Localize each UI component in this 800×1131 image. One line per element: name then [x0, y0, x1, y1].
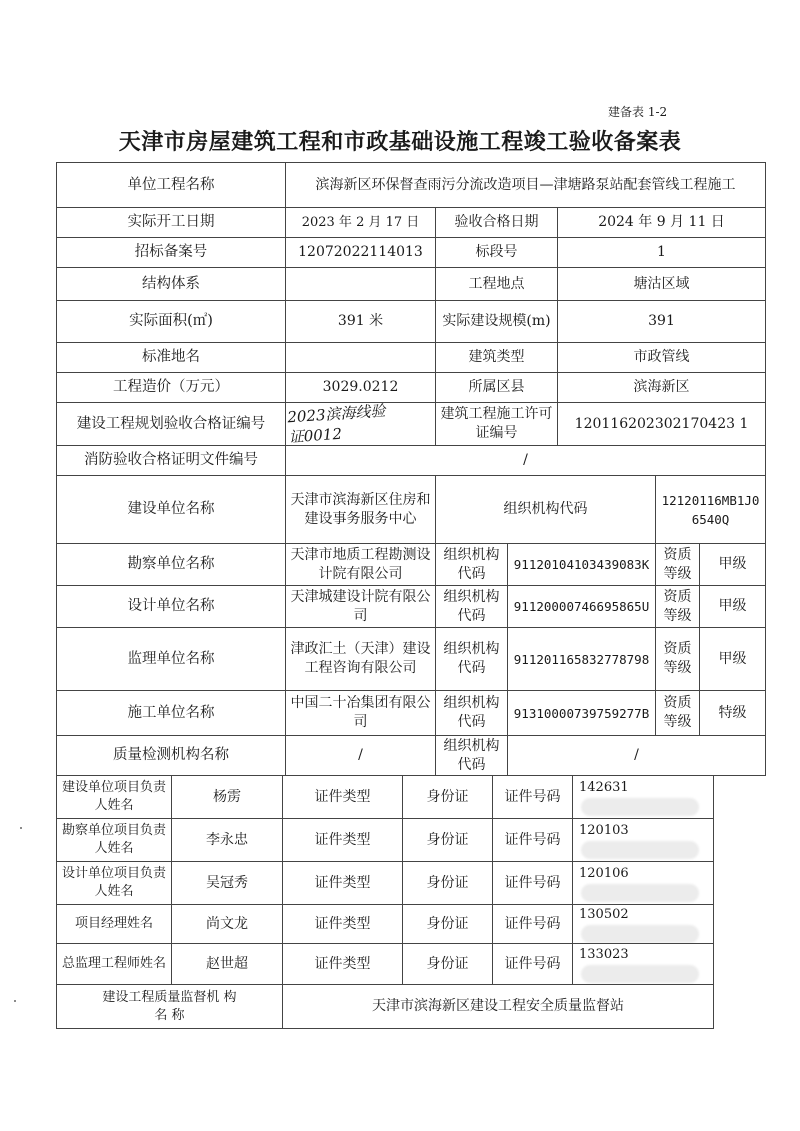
person-row: 项目经理姓名 尚文龙 证件类型 身份证 证件号码 130502: [57, 905, 714, 944]
builder-org-code: 12120116MB1J06540Q: [656, 476, 766, 544]
personnel-table: 建设单位项目负责人姓名 杨雳 证件类型 身份证 证件号码 142631 勘察单位…: [56, 775, 714, 1029]
building-type-label: 建筑类型: [436, 343, 558, 373]
id-type: 身份证: [403, 776, 493, 819]
contractor-org-code: 91310000739759277B: [508, 691, 656, 736]
survey-grade: 甲级: [700, 544, 766, 586]
contractor-org-code-label: 组织机构代码: [436, 691, 508, 736]
id-prefix: 120106: [579, 866, 629, 881]
person-name: 赵世超: [172, 944, 283, 985]
supervision-label: 监理单位名称: [57, 628, 286, 691]
design-name: 天津城建设计院有限公司: [286, 586, 436, 628]
id-number: 120106: [573, 862, 714, 905]
redacted-mask: [581, 925, 699, 943]
person-row: 总监理工程师姓名 赵世超 证件类型 身份证 证件号码 133023: [57, 944, 714, 985]
tender-record-no-label: 招标备案号: [57, 238, 286, 268]
tender-record-no: 12072022114013: [286, 238, 436, 268]
construction-permit: 120116202302170423 1: [558, 403, 766, 446]
id-type-label: 证件类型: [283, 819, 403, 862]
std-place-name-label: 标准地名: [57, 343, 286, 373]
survey-qual-label: 资质等级: [656, 544, 700, 586]
testing-name: /: [286, 736, 436, 776]
id-number: 130502: [573, 905, 714, 944]
redacted-mask: [581, 965, 699, 983]
contractor-qual-label: 资质等级: [656, 691, 700, 736]
district: 滨海新区: [558, 373, 766, 403]
id-number: 133023: [573, 944, 714, 985]
location: 塘沽区域: [558, 268, 766, 301]
person-role: 建设单位项目负责人姓名: [57, 776, 172, 819]
id-type: 身份证: [403, 905, 493, 944]
id-prefix: 142631: [579, 780, 629, 795]
area: 391 米: [286, 301, 436, 343]
supervision-org-code: 911201165832778798: [508, 628, 656, 691]
unit-project-name-label: 单位工程名称: [57, 163, 286, 208]
acceptance-date-label: 验收合格日期: [436, 208, 558, 238]
person-role: 项目经理姓名: [57, 905, 172, 944]
district-label: 所属区县: [436, 373, 558, 403]
form-number: 建备表 1-2: [608, 103, 667, 120]
supervision-org-code-label: 组织机构代码: [436, 628, 508, 691]
person-role: 总监理工程师姓名: [57, 944, 172, 985]
id-no-label: 证件号码: [493, 944, 573, 985]
structure-label: 结构体系: [57, 268, 286, 301]
location-label: 工程地点: [436, 268, 558, 301]
start-date: 2023 年 2 月 17 日: [286, 208, 436, 238]
redacted-mask: [581, 798, 699, 816]
person-row: 勘察单位项目负责人姓名 李永忠 证件类型 身份证 证件号码 120103: [57, 819, 714, 862]
id-type-label: 证件类型: [283, 862, 403, 905]
id-prefix: 130502: [579, 907, 629, 922]
cost-label: 工程造价（万元）: [57, 373, 286, 403]
id-prefix: 133023: [579, 947, 629, 962]
scan-speck: [14, 1000, 16, 1002]
contractor-grade: 特级: [700, 691, 766, 736]
structure: [286, 268, 436, 301]
acceptance-date: 2024 年 9 月 11 日: [558, 208, 766, 238]
person-role: 设计单位项目负责人姓名: [57, 862, 172, 905]
design-qual-label: 资质等级: [656, 586, 700, 628]
id-no-label: 证件号码: [493, 776, 573, 819]
contractor-name: 中国二十冶集团有限公司: [286, 691, 436, 736]
redacted-mask: [581, 841, 699, 859]
scale: 391: [558, 301, 766, 343]
contractor-label: 施工单位名称: [57, 691, 286, 736]
id-no-label: 证件号码: [493, 905, 573, 944]
fire-cert-label: 消防验收合格证明文件编号: [57, 446, 286, 476]
person-role: 勘察单位项目负责人姓名: [57, 819, 172, 862]
id-number: 120103: [573, 819, 714, 862]
planning-cert-handwritten: 2023滨海线验证0012: [286, 403, 436, 446]
person-name: 杨雳: [172, 776, 283, 819]
page-title: 天津市房屋建筑工程和市政基础设施工程竣工验收备案表: [0, 125, 800, 156]
design-label: 设计单位名称: [57, 586, 286, 628]
cost: 3029.0212: [286, 373, 436, 403]
id-type-label: 证件类型: [283, 944, 403, 985]
id-type: 身份证: [403, 944, 493, 985]
fire-cert: /: [286, 446, 766, 476]
start-date-label: 实际开工日期: [57, 208, 286, 238]
planning-cert-line2: 证0012: [288, 424, 342, 445]
supervision-station: 天津市滨海新区建设工程安全质量监督站: [283, 985, 714, 1029]
design-grade: 甲级: [700, 586, 766, 628]
builder-label: 建设单位名称: [57, 476, 286, 544]
area-label: 实际面积(㎡): [57, 301, 286, 343]
supervision-qual-label: 资质等级: [656, 628, 700, 691]
id-number: 142631: [573, 776, 714, 819]
id-type-label: 证件类型: [283, 905, 403, 944]
building-type: 市政管线: [558, 343, 766, 373]
survey-org-code-label: 组织机构代码: [436, 544, 508, 586]
person-name: 吴冠秀: [172, 862, 283, 905]
survey-label: 勘察单位名称: [57, 544, 286, 586]
testing-org-code-label: 组织机构代码: [436, 736, 508, 776]
std-place-name: [286, 343, 436, 373]
section-no-label: 标段号: [436, 238, 558, 268]
id-no-label: 证件号码: [493, 819, 573, 862]
survey-org-code: 91120104103439083K: [508, 544, 656, 586]
redacted-mask: [581, 884, 699, 902]
builder-org-code-label: 组织机构代码: [436, 476, 656, 544]
design-org-code: 91120000746695865U: [508, 586, 656, 628]
id-prefix: 120103: [579, 823, 629, 838]
id-type: 身份证: [403, 819, 493, 862]
section-no: 1: [558, 238, 766, 268]
supervision-grade: 甲级: [700, 628, 766, 691]
person-name: 李永忠: [172, 819, 283, 862]
project-info-table: 单位工程名称 滨海新区环保督查雨污分流改造项目—津塘路泵站配套管线工程施工 实际…: [56, 162, 766, 776]
scan-speck: [20, 827, 22, 829]
supervision-name: 津政汇土（天津）建设工程咨询有限公司: [286, 628, 436, 691]
builder-name: 天津市滨海新区住房和建设事务服务中心: [286, 476, 436, 544]
person-row: 设计单位项目负责人姓名 吴冠秀 证件类型 身份证 证件号码 120106: [57, 862, 714, 905]
id-no-label: 证件号码: [493, 862, 573, 905]
testing-org-code: /: [508, 736, 766, 776]
unit-project-name: 滨海新区环保督查雨污分流改造项目—津塘路泵站配套管线工程施工: [286, 163, 766, 208]
survey-name: 天津市地质工程勘测设计院有限公司: [286, 544, 436, 586]
design-org-code-label: 组织机构代码: [436, 586, 508, 628]
planning-cert-label: 建设工程规划验收合格证编号: [57, 403, 286, 446]
person-name: 尚文龙: [172, 905, 283, 944]
id-type: 身份证: [403, 862, 493, 905]
testing-label: 质量检测机构名称: [57, 736, 286, 776]
id-type-label: 证件类型: [283, 776, 403, 819]
person-row: 建设单位项目负责人姓名 杨雳 证件类型 身份证 证件号码 142631: [57, 776, 714, 819]
supervision-station-label: 建设工程质量监督机 构 名 称: [57, 985, 283, 1029]
scale-label: 实际建设规模(m): [436, 301, 558, 343]
planning-cert-line1: 2023滨海线验: [287, 403, 386, 426]
construction-permit-label: 建筑工程施工许可证编号: [436, 403, 558, 446]
